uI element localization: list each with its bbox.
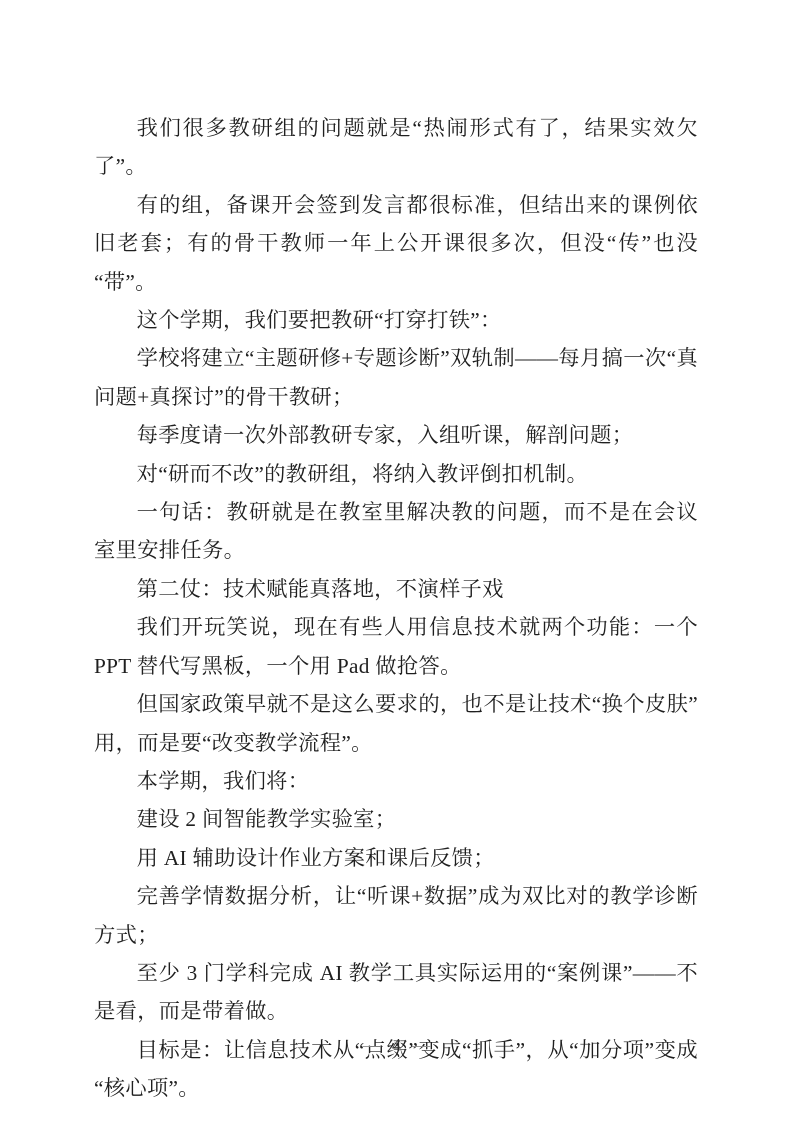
- paragraph: 建设 2 间智能教学实验室；: [94, 800, 698, 838]
- document-page: 我们很多教研组的问题就是“热闹形式有了，结果实效欠了”。有的组，备课开会签到发言…: [0, 0, 793, 1122]
- paragraph: 我们开玩笑说，现在有些人用信息技术就两个功能：一个 PPT 替代写黑板，一个用 …: [94, 608, 698, 685]
- page-number: 4: [392, 1031, 401, 1059]
- page-footer: —4—: [0, 1031, 793, 1059]
- paragraph: 但国家政策早就不是这么要求的，也不是让技术“换个皮肤”用，而是要“改变教学流程”…: [94, 685, 698, 762]
- footer-dash-right: —: [412, 1035, 430, 1055]
- paragraph: 本学期，我们将：: [94, 762, 698, 800]
- document-body: 我们很多教研组的问题就是“热闹形式有了，结果实效欠了”。有的组，备课开会签到发言…: [94, 109, 698, 1108]
- paragraph: 完善学情数据分析，让“听课+数据”成为双比对的教学诊断方式；: [94, 877, 698, 954]
- paragraph: 每季度请一次外部教研专家，入组听课，解剖问题；: [94, 416, 698, 454]
- paragraph: 用 AI 辅助设计作业方案和课后反馈；: [94, 839, 698, 877]
- footer-dash-left: —: [363, 1035, 381, 1055]
- paragraph: 我们很多教研组的问题就是“热闹形式有了，结果实效欠了”。: [94, 109, 698, 186]
- paragraph: 对“研而不改”的教研组，将纳入教评倒扣机制。: [94, 455, 698, 493]
- paragraph: 一句话：教研就是在教室里解决教的问题，而不是在会议室里安排任务。: [94, 493, 698, 570]
- paragraph: 至少 3 门学科完成 AI 教学工具实际运用的“案例课”——不是看，而是带着做。: [94, 954, 698, 1031]
- paragraph: 第二仗：技术赋能真落地，不演样子戏: [94, 570, 698, 608]
- paragraph: 学校将建立“主题研修+专题诊断”双轨制——每月搞一次“真问题+真探讨”的骨干教研…: [94, 339, 698, 416]
- paragraph: 这个学期，我们要把教研“打穿打铁”：: [94, 301, 698, 339]
- paragraph: 有的组，备课开会签到发言都很标准，但结出来的课例依旧老套；有的骨干教师一年上公开…: [94, 186, 698, 301]
